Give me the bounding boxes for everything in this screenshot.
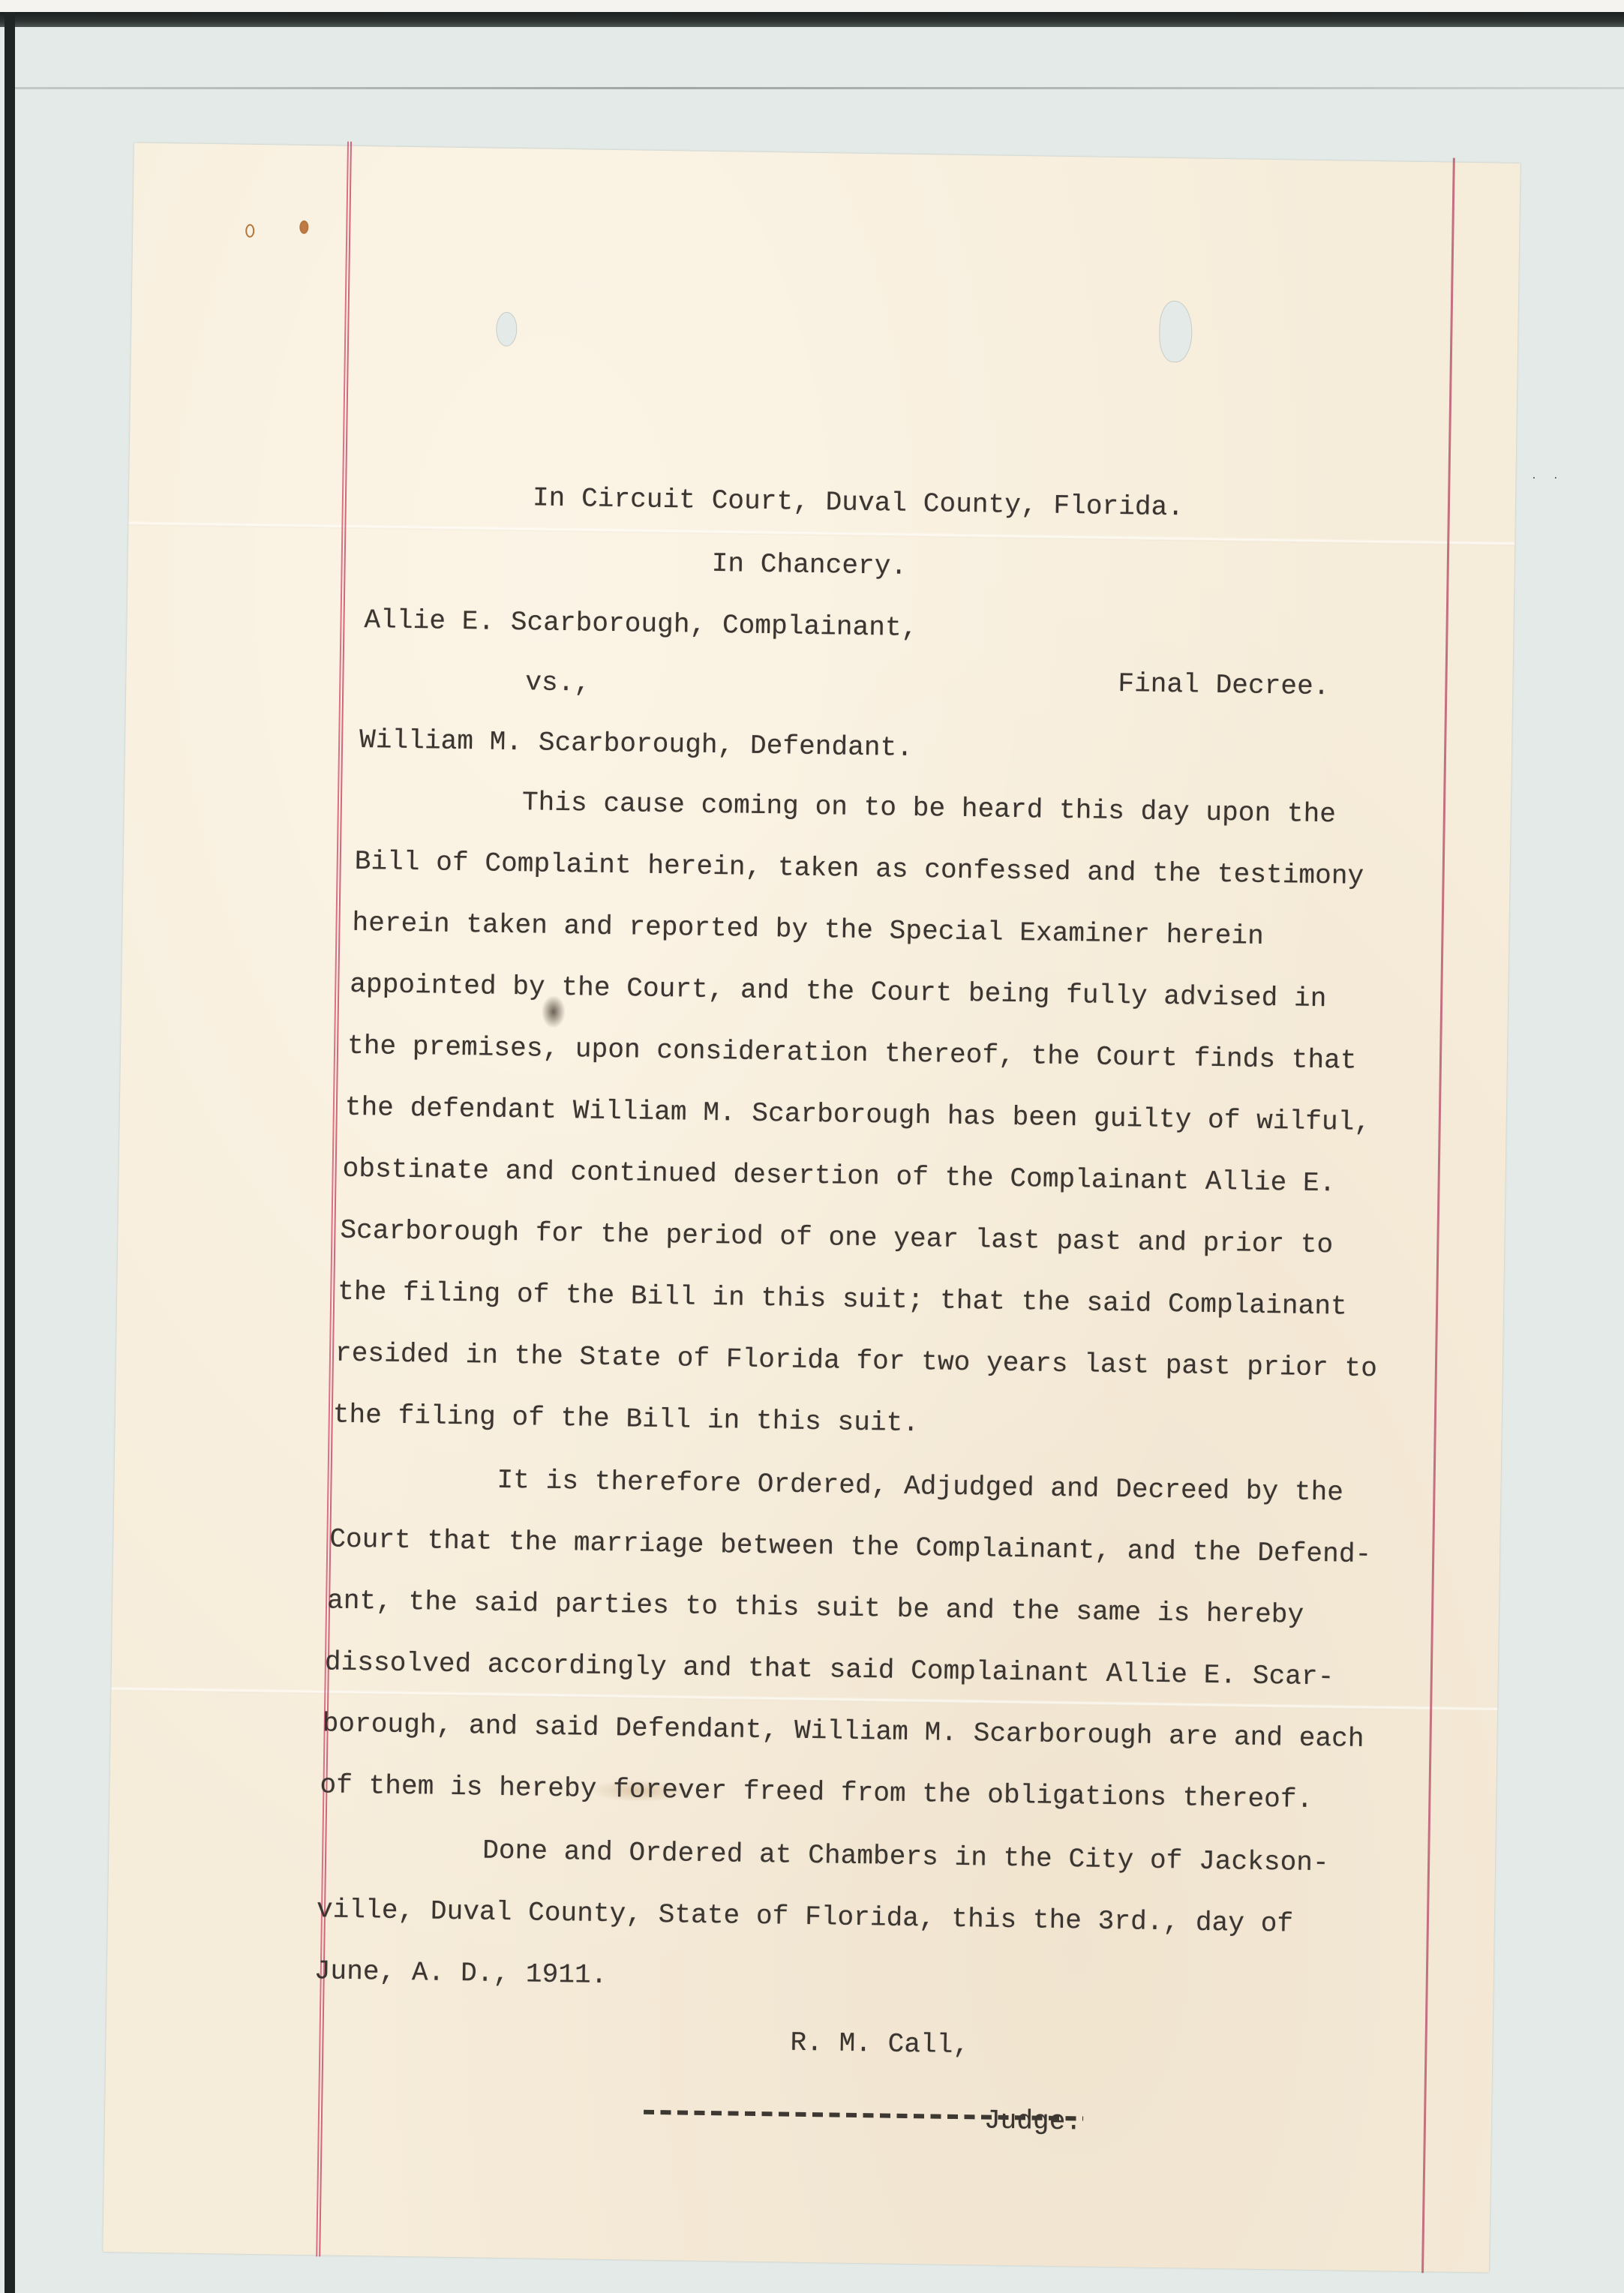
paragraph-1-line: Scarborough for the period of one year l… (340, 1216, 1333, 1261)
paragraph-1-line: This cause coming on to be heard this da… (522, 788, 1337, 830)
judge-title: Judge. (984, 2106, 1082, 2138)
paragraph-1-line: resided in the State of Florida for two … (335, 1339, 1377, 1385)
mount-dust-dots: · · · (1509, 473, 1563, 485)
staple-rust-mark (299, 221, 308, 234)
judge-signature: R. M. Call, (790, 2028, 969, 2061)
paragraph-1-line: appointed by the Court, and the Court be… (350, 970, 1327, 1014)
left-margin-rule (316, 142, 352, 2257)
document-title: Final Decree. (1118, 669, 1330, 702)
versus-line: vs., (525, 668, 590, 698)
paragraph-1-line: the premises, upon consideration thereof… (347, 1031, 1357, 1076)
paragraph-1-line: the filing of the Bill in this suit. (333, 1400, 920, 1439)
paragraph-2-line: borough, and said Defendant, William M. … (322, 1709, 1364, 1754)
defendant-line: William M. Scarborough, Defendant. (359, 725, 913, 764)
scanner-frame-top (0, 12, 1624, 27)
scanner-frame-left (5, 12, 15, 2293)
paragraph-2-line: It is therefore Ordered, Adjudged and De… (497, 1466, 1343, 1508)
court-heading: In Circuit Court, Duval County, Florida. (533, 483, 1184, 523)
paragraph-1-line: herein taken and reported by the Special… (352, 908, 1264, 952)
division-heading: In Chancery. (711, 549, 907, 582)
paragraph-2-line: dissolved accordingly and that said Comp… (325, 1647, 1334, 1692)
paragraph-3-line: Done and Ordered at Chambers in the City… (482, 1836, 1329, 1879)
paragraph-2-line: ant, the said parties to this suit be an… (327, 1586, 1304, 1630)
right-margin-rule (1421, 158, 1455, 2273)
paragraph-1-line: obstinate and continued desertion of the… (342, 1154, 1335, 1199)
staple-rust-mark (245, 224, 254, 238)
complainant-line: Allie E. Scarborough, Complainant, (364, 605, 917, 644)
paragraph-2-line: of them is hereby forever freed from the… (320, 1770, 1313, 1815)
paragraph-1-line: Bill of Complaint herein, taken as confe… (354, 847, 1364, 892)
mount-board-corner (15, 27, 60, 72)
mount-guide-line (15, 87, 1624, 89)
punch-hole (496, 312, 518, 347)
document-page: In Circuit Court, Duval County, Florida.… (103, 143, 1520, 2272)
paragraph-1-line: the defendant William M. Scarborough has… (345, 1093, 1371, 1138)
paper-fold (128, 521, 1514, 545)
punch-hole (1159, 301, 1193, 363)
paragraph-3-line: June, A. D., 1911. (314, 1956, 608, 1991)
paragraph-3-line: ville, Duval County, State of Florida, t… (317, 1895, 1294, 1939)
paragraph-2-line: Court that the marriage between the Comp… (329, 1525, 1371, 1571)
paragraph-1-line: the filing of the Bill in this suit; tha… (338, 1277, 1347, 1322)
